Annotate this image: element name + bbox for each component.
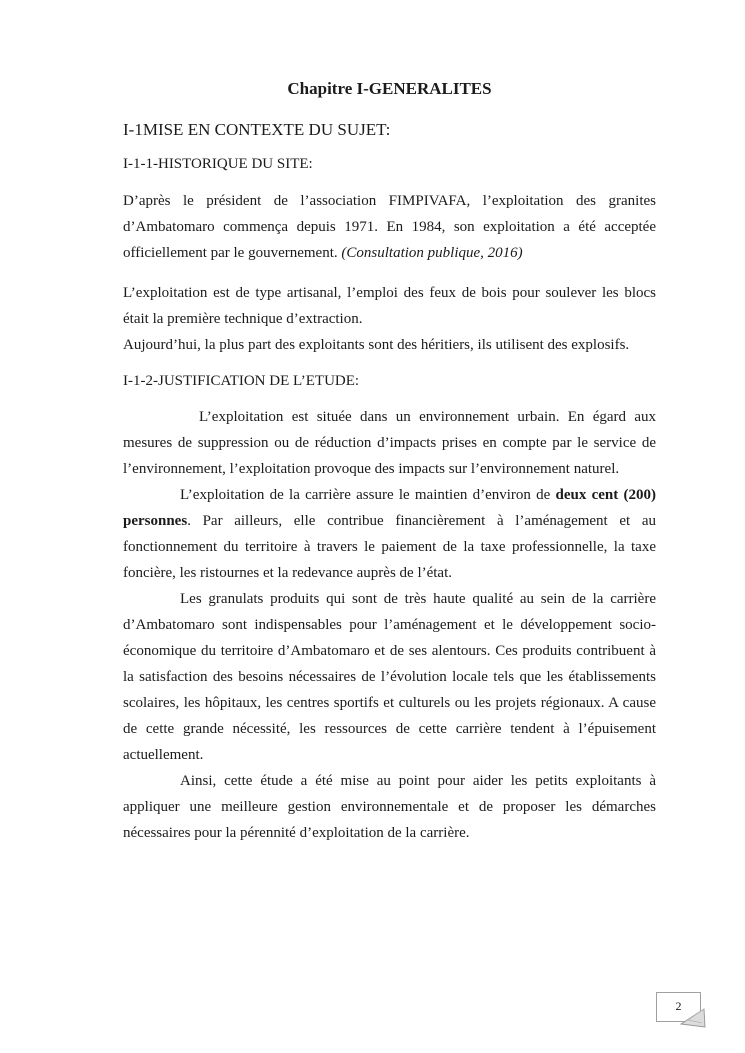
- document-page: Chapitre I-GENERALITES I-1MISE EN CONTEX…: [0, 0, 745, 1053]
- paragraph-granulats: Les granulats produits qui sont de très …: [123, 586, 656, 768]
- page-number-field: 2: [656, 992, 701, 1022]
- paragraph-artisanal: L’exploitation est de type artisanal, l’…: [123, 280, 656, 332]
- chapter-title: Chapitre I-GENERALITES: [123, 79, 656, 99]
- document-content: Chapitre I-GENERALITES I-1MISE EN CONTEX…: [123, 79, 656, 846]
- paragraph-carriere-rest: . Par ailleurs, elle contribue financièr…: [123, 513, 656, 581]
- section-heading-mise-en-contexte: I-1MISE EN CONTEXTE DU SUJET:: [123, 120, 656, 140]
- folded-corner-icon: [680, 1008, 706, 1028]
- paragraph-environnement-urbain: L’exploitation est située dans un enviro…: [123, 404, 656, 482]
- page-number: 2: [676, 999, 682, 1014]
- subsection-heading-justification: I-1-2-JUSTIFICATION DE L’ETUDE:: [123, 372, 656, 391]
- paragraph-carriere-lead: L’exploitation de la carrière assure le …: [180, 487, 556, 503]
- citation-consultation-publique: (Consultation publique, 2016): [341, 245, 522, 261]
- paragraph-ainsi-conclusion: Ainsi, cette étude a été mise au point p…: [123, 768, 656, 846]
- subsection-heading-historique: I-1-1-HISTORIQUE DU SITE:: [123, 155, 656, 174]
- paragraph-carriere-personnes: L’exploitation de la carrière assure le …: [123, 482, 656, 586]
- paragraph-historique: D’après le président de l’association FI…: [123, 188, 656, 266]
- paragraph-heritiers: Aujourd’hui, la plus part des exploitant…: [123, 332, 656, 358]
